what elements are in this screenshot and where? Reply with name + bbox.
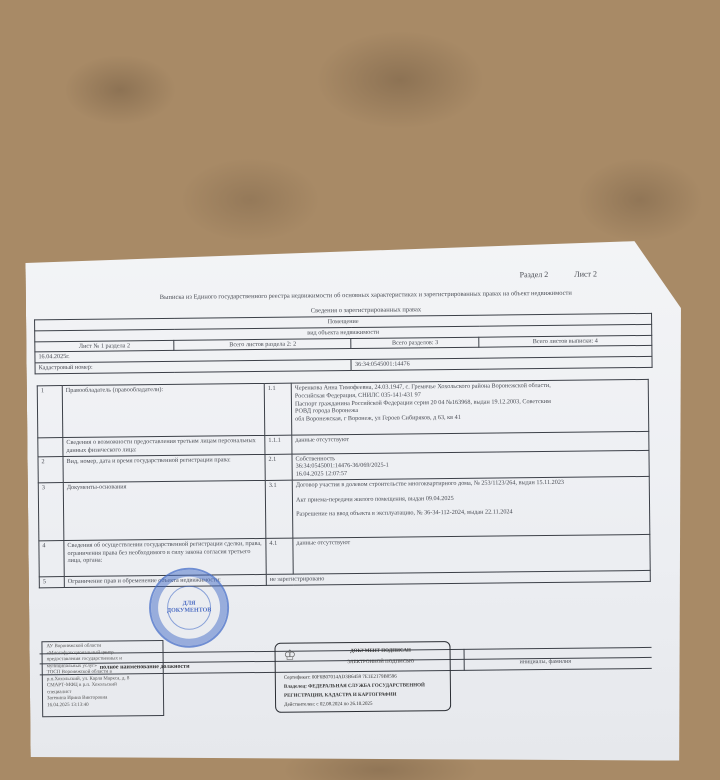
row-value-line: данные отсутствуют bbox=[296, 536, 646, 547]
row-subnumber: 1.1.1 bbox=[265, 435, 292, 454]
table-row: 3Документы-основания3.1Договор участия в… bbox=[38, 476, 650, 540]
mfc-line: 16.04.2025 13:13:40 bbox=[47, 702, 159, 710]
esig-validity: Действителен: с 02.08.2024 по 26.10.2025 bbox=[284, 702, 372, 708]
row-number: 2 bbox=[38, 456, 63, 483]
mfc-specialist-block: АУ Воронежской области«Многофункциональн… bbox=[41, 640, 164, 717]
eagle-emblem-icon: ♔ bbox=[284, 648, 297, 665]
row-subnumber: 3.1 bbox=[265, 480, 293, 538]
initials-label: инициалы, фамилия bbox=[520, 659, 571, 666]
esig-owner-2: РЕГИСТРАЦИИ, КАДАСТРА И КАРТОГРАФИИ bbox=[284, 693, 397, 699]
esig-title: ДОКУМЕНТ ПОДПИСАН bbox=[316, 648, 446, 654]
row-value: Договор участия в долевом строительстве … bbox=[292, 476, 650, 538]
esig-certificate: Сертификат: 00F6B07014AD3B6459 7E1E2179B… bbox=[284, 675, 397, 681]
section-sheet-indicator: Раздел 2 Лист 2 bbox=[496, 269, 597, 279]
row-subnumber: 4.1 bbox=[266, 538, 293, 574]
row-subnumber: 2.1 bbox=[265, 454, 292, 481]
row-number: 1 bbox=[37, 386, 63, 438]
object-info-table: Помещение вид объекта недвижимости Лист … bbox=[34, 313, 653, 374]
row-value-line: данные отсутствуют bbox=[295, 433, 645, 444]
esig-owner-1: Владелец: ФЕДЕРАЛЬНАЯ СЛУЖБА ГОСУДАРСТВЕ… bbox=[284, 683, 425, 689]
row-value: Черенкова Анна Тимофеевна, 24.03.1947, с… bbox=[291, 379, 649, 435]
row-subnumber: 1.1 bbox=[264, 383, 292, 435]
stamp-text-2: ДОКУМЕНТОВ bbox=[167, 608, 211, 616]
document-sheet: Раздел 2 Лист 2 Выписка из Единого госуд… bbox=[25, 241, 685, 768]
row-number bbox=[38, 438, 63, 457]
sheet-label: Лист 2 bbox=[574, 269, 597, 278]
row-value: Собственность36:34:0545001:14476-36/069/… bbox=[292, 450, 649, 480]
row-number: 3 bbox=[38, 482, 64, 540]
divider bbox=[464, 649, 465, 671]
row-label: Вид, номер, дата и время государственной… bbox=[63, 454, 265, 482]
row-label: Сведения об осуществлении государственно… bbox=[64, 538, 266, 576]
esig-subtitle: ЭЛЕКТРОННОЙ ПОДПИСЬЮ bbox=[316, 659, 446, 665]
rights-table: 1Правообладатель (правообладатели):1.1Че… bbox=[37, 379, 651, 588]
row-label: Документы-основания bbox=[63, 480, 266, 540]
section-label: Раздел 2 bbox=[520, 270, 549, 279]
row-number: 5 bbox=[39, 576, 64, 587]
document-title: Выписка из Единого государственного реес… bbox=[86, 289, 646, 302]
table-row: 1Правообладатель (правообладатели):1.1Че… bbox=[37, 379, 649, 437]
blue-seal-stamp: ДЛЯ ДОКУМЕНТОВ bbox=[149, 567, 230, 648]
row-value: данные отсутствуют bbox=[293, 534, 650, 574]
row-label: Правообладатель (правообладатели): bbox=[62, 383, 265, 437]
electronic-signature-block: ♔ ДОКУМЕНТ ПОДПИСАН ЭЛЕКТРОННОЙ ПОДПИСЬЮ… bbox=[274, 641, 451, 713]
cadastral-number: 36:34:0545001:14476 bbox=[351, 356, 652, 370]
row-label: Сведения о возможности предоставления тр… bbox=[63, 435, 265, 456]
cadastral-label: Кадастровый номер: bbox=[35, 360, 352, 374]
row-number: 4 bbox=[39, 540, 64, 576]
